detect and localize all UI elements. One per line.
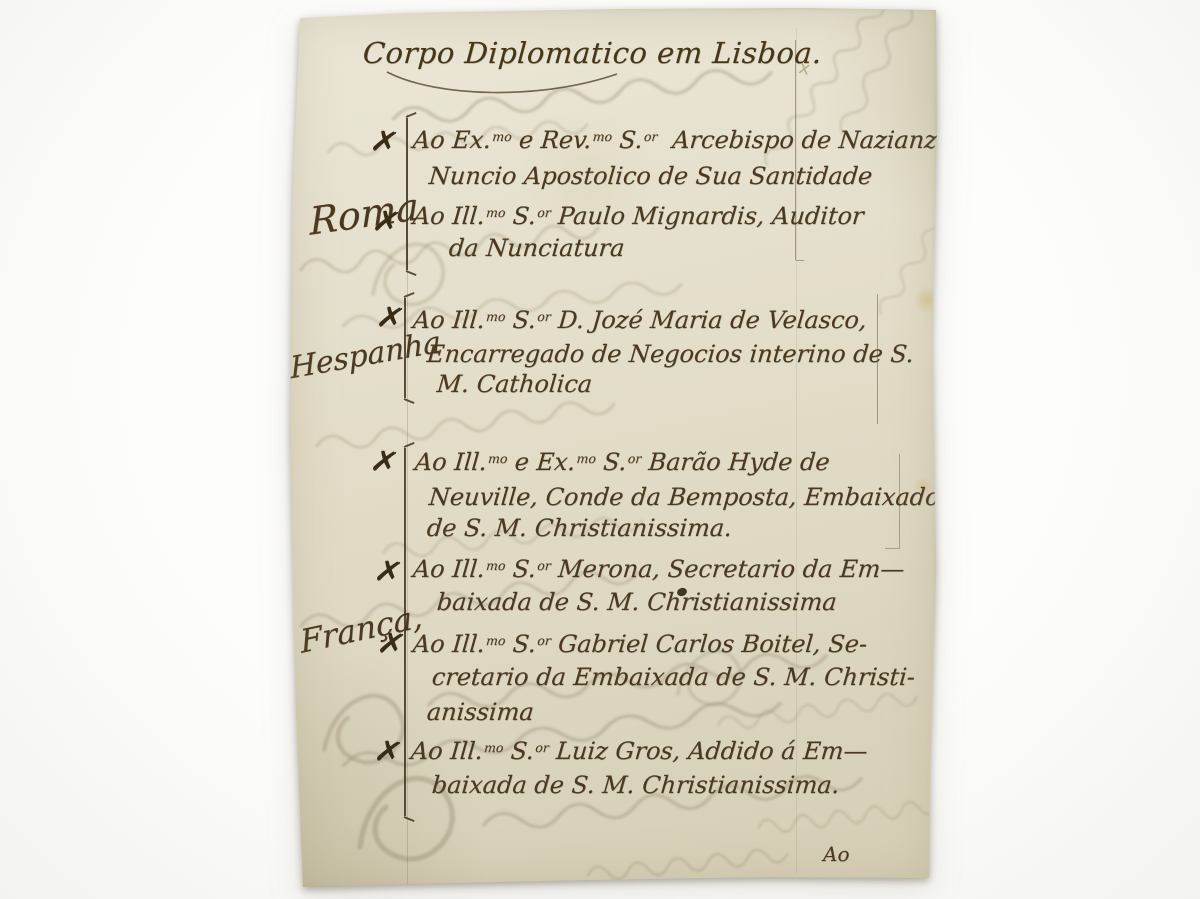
tally-cross-mark: ✗ bbox=[370, 206, 404, 241]
entry-line: Ao Ill.mo S.or D. Jozé Maria de Velasco, bbox=[412, 306, 868, 334]
paper-sheet: Corpo Diplomatico em Lisboa. x Roma Hesp… bbox=[287, 8, 937, 888]
entry-line: Ao Ill.mo S.or Merona, Secretario da Em— bbox=[412, 555, 906, 583]
entry-line: Ao Ill.mo e Ex.mo S.or Barão Hyde de bbox=[414, 448, 831, 476]
entry-line: anissima bbox=[426, 698, 535, 726]
entry-line: de S. M. Christianissima. bbox=[426, 514, 733, 542]
entry-line: Ao Ill.mo S.or Luiz Gros, Addido á Em— bbox=[410, 737, 869, 765]
entry-line: M. Catholica bbox=[436, 370, 594, 398]
entry-line: baixada de S. M. Christianissima. bbox=[431, 771, 841, 799]
tally-cross-mark: ✗ bbox=[372, 736, 406, 771]
tally-cross-mark: ✗ bbox=[368, 446, 402, 481]
entry-line: Encarregado de Negocios interino de S. bbox=[426, 340, 915, 368]
tally-cross-mark: ✗ bbox=[374, 302, 408, 337]
entry-line: Ao Ex.mo e Rev.mo S.or Arcebispo de Nazi… bbox=[412, 126, 953, 154]
photo-background: Corpo Diplomatico em Lisboa. x Roma Hesp… bbox=[0, 0, 1200, 899]
tally-cross-mark: ✗ bbox=[372, 556, 406, 591]
entry-line: Nuncio Apostolico de Sua Santidade bbox=[428, 162, 874, 190]
entry-line: da Nunciatura bbox=[448, 234, 626, 262]
catchword: Ao bbox=[823, 842, 849, 866]
entry-line: cretario da Embaixada de S. M. Christi- bbox=[431, 663, 916, 691]
tally-cross-mark: ✗ bbox=[368, 126, 402, 161]
entry-line: Neuville, Conde da Bemposta, Embaixador bbox=[428, 483, 953, 511]
manuscript-page: Corpo Diplomatico em Lisboa. x Roma Hesp… bbox=[287, 8, 937, 888]
document-title: Corpo Diplomatico em Lisboa. bbox=[362, 36, 823, 70]
entry-line: baixada de S. M. Christianissima bbox=[436, 588, 838, 616]
tally-cross-mark: ✗ bbox=[375, 628, 409, 663]
entry-line: Ao Ill.mo S.or Paulo Mignardis, Auditor bbox=[412, 202, 865, 230]
entry-line: Ao Ill.mo S.or Gabriel Carlos Boitel, Se… bbox=[412, 630, 869, 658]
